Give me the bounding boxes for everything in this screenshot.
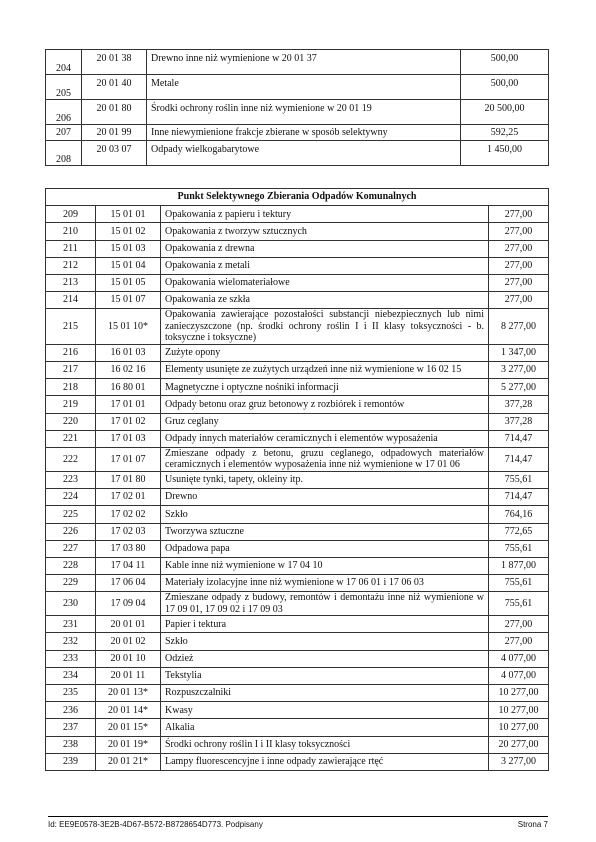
waste-description: Tworzywa sztuczne	[161, 523, 489, 540]
table-row: 20820 03 07Odpady wielkogabarytowe1 450,…	[46, 141, 549, 166]
waste-description: Opakowania z papieru i tektury	[161, 206, 489, 223]
row-number: 228	[46, 557, 96, 574]
table-row: 23920 01 21*Lampy fluorescencyjne i inne…	[46, 753, 549, 770]
waste-description: Zmieszane odpady z budowy, remontów i de…	[161, 592, 489, 616]
waste-description: Odpady innych materiałów ceramicznych i …	[161, 430, 489, 447]
row-number: 209	[46, 206, 96, 223]
pszok-table: Punkt Selektywnego Zbierania Odpadów Kom…	[45, 188, 549, 771]
row-number: 227	[46, 540, 96, 557]
price-value: 8 277,00	[489, 309, 549, 345]
price-value: 10 277,00	[489, 685, 549, 702]
row-number: 204	[46, 50, 82, 75]
waste-description: Środki ochrony roślin inne niż wymienion…	[147, 100, 461, 125]
price-value: 1 450,00	[461, 141, 549, 166]
table-row: 22317 01 80Usunięte tynki, tapety, oklei…	[46, 471, 549, 488]
price-value: 3 277,00	[489, 362, 549, 379]
table-row: 23220 01 02Szkło277,00	[46, 633, 549, 650]
waste-description: Odpadowa papa	[161, 540, 489, 557]
waste-description: Rozpuszczalniki	[161, 685, 489, 702]
footer-document-id: Id: EE9E0578-3E2B-4D67-B572-B8728654D773…	[48, 820, 263, 829]
waste-code: 15 01 10*	[96, 309, 161, 345]
waste-code: 20 01 99	[82, 125, 147, 141]
table-row: 22717 03 80Odpadowa papa755,61	[46, 540, 549, 557]
waste-code: 20 03 07	[82, 141, 147, 166]
waste-description: Zużyte opony	[161, 344, 489, 361]
price-value: 4 077,00	[489, 667, 549, 684]
row-number: 206	[46, 100, 82, 125]
waste-description: Szkło	[161, 506, 489, 523]
row-number: 234	[46, 667, 96, 684]
table-row: 21415 01 07Opakowania ze szkła277,00	[46, 292, 549, 309]
table-row: 22017 01 02Gruz ceglany377,28	[46, 413, 549, 430]
price-value: 755,61	[489, 540, 549, 557]
row-number: 215	[46, 309, 96, 345]
section-title: Punkt Selektywnego Zbierania Odpadów Kom…	[46, 189, 549, 206]
waste-code: 16 01 03	[96, 344, 161, 361]
price-value: 20 277,00	[489, 736, 549, 753]
waste-code: 17 01 03	[96, 430, 161, 447]
waste-description: Metale	[147, 75, 461, 100]
table-row: 21315 01 05Opakowania wielomateriałowe27…	[46, 274, 549, 291]
price-value: 277,00	[489, 274, 549, 291]
table-row: 20915 01 01Opakowania z papieru i tektur…	[46, 206, 549, 223]
price-value: 4 077,00	[489, 650, 549, 667]
price-value: 714,47	[489, 447, 549, 471]
price-value: 714,47	[489, 489, 549, 506]
waste-code: 17 04 11	[96, 557, 161, 574]
table-row: 21716 02 16Elementy usunięte ze zużytych…	[46, 362, 549, 379]
waste-code: 17 02 03	[96, 523, 161, 540]
price-value: 10 277,00	[489, 702, 549, 719]
waste-description: Szkło	[161, 633, 489, 650]
row-number: 231	[46, 616, 96, 633]
waste-code: 16 80 01	[96, 379, 161, 396]
waste-code: 15 01 03	[96, 240, 161, 257]
waste-code: 20 01 10	[96, 650, 161, 667]
waste-description: Odpady wielkogabarytowe	[147, 141, 461, 166]
waste-code: 15 01 07	[96, 292, 161, 309]
waste-code: 20 01 02	[96, 633, 161, 650]
waste-description: Odpady betonu oraz gruz betonowy z rozbi…	[161, 396, 489, 413]
price-value: 377,28	[489, 396, 549, 413]
row-number: 224	[46, 489, 96, 506]
waste-description: Usunięte tynki, tapety, okleiny itp.	[161, 471, 489, 488]
price-value: 500,00	[461, 75, 549, 100]
row-number: 214	[46, 292, 96, 309]
price-value: 764,16	[489, 506, 549, 523]
table-row: 23120 01 01Papier i tektura277,00	[46, 616, 549, 633]
row-number: 211	[46, 240, 96, 257]
waste-description: Opakowania z metali	[161, 257, 489, 274]
waste-code: 20 01 15*	[96, 719, 161, 736]
price-value: 1 347,00	[489, 344, 549, 361]
row-number: 233	[46, 650, 96, 667]
price-value: 277,00	[489, 223, 549, 240]
row-number: 229	[46, 575, 96, 592]
price-value: 755,61	[489, 592, 549, 616]
waste-code: 15 01 04	[96, 257, 161, 274]
table-row: 20720 01 99Inne niewymienione frakcje zb…	[46, 125, 549, 141]
price-value: 277,00	[489, 257, 549, 274]
price-value: 5 277,00	[489, 379, 549, 396]
row-number: 218	[46, 379, 96, 396]
table-row: 21515 01 10*Opakowania zawierające pozos…	[46, 309, 549, 345]
table-row: 20620 01 80Środki ochrony roślin inne ni…	[46, 100, 549, 125]
row-number: 236	[46, 702, 96, 719]
table-row: 22617 02 03Tworzywa sztuczne772,65	[46, 523, 549, 540]
table-row: 23520 01 13*Rozpuszczalniki10 277,00	[46, 685, 549, 702]
price-value: 714,47	[489, 430, 549, 447]
row-number: 208	[46, 141, 82, 166]
price-value: 592,25	[461, 125, 549, 141]
waste-description: Opakowania wielomateriałowe	[161, 274, 489, 291]
waste-code: 20 01 19*	[96, 736, 161, 753]
waste-table-continued: 20420 01 38Drewno inne niż wymienione w …	[45, 49, 549, 166]
row-number: 230	[46, 592, 96, 616]
row-number: 207	[46, 125, 82, 141]
waste-code: 17 09 04	[96, 592, 161, 616]
waste-description: Drewno	[161, 489, 489, 506]
row-number: 222	[46, 447, 96, 471]
waste-code: 20 01 11	[96, 667, 161, 684]
row-number: 225	[46, 506, 96, 523]
table-row: 21015 01 02Opakowania z tworzyw sztuczny…	[46, 223, 549, 240]
waste-code: 17 01 07	[96, 447, 161, 471]
table-row: 22917 06 04Materiały izolacyjne inne niż…	[46, 575, 549, 592]
table-row: 23420 01 11Tekstylia4 077,00	[46, 667, 549, 684]
price-value: 1 877,00	[489, 557, 549, 574]
row-number: 217	[46, 362, 96, 379]
row-number: 221	[46, 430, 96, 447]
waste-description: Tekstylia	[161, 667, 489, 684]
row-number: 232	[46, 633, 96, 650]
price-value: 277,00	[489, 206, 549, 223]
waste-description: Zmieszane odpady z betonu, gruzu ceglane…	[161, 447, 489, 471]
waste-description: Odzież	[161, 650, 489, 667]
row-number: 216	[46, 344, 96, 361]
waste-description: Lampy fluorescencyjne i inne odpady zawi…	[161, 753, 489, 770]
waste-description: Opakowania ze szkła	[161, 292, 489, 309]
table-row: 23320 01 10Odzież4 077,00	[46, 650, 549, 667]
waste-code: 15 01 01	[96, 206, 161, 223]
waste-description: Kwasy	[161, 702, 489, 719]
price-value: 772,65	[489, 523, 549, 540]
table-row: 23720 01 15*Alkalia10 277,00	[46, 719, 549, 736]
row-number: 238	[46, 736, 96, 753]
waste-description: Alkalia	[161, 719, 489, 736]
waste-code: 20 01 14*	[96, 702, 161, 719]
price-value: 377,28	[489, 413, 549, 430]
table-row: 22117 01 03Odpady innych materiałów cera…	[46, 430, 549, 447]
price-value: 277,00	[489, 633, 549, 650]
table-row: 21616 01 03Zużyte opony1 347,00	[46, 344, 549, 361]
row-number: 213	[46, 274, 96, 291]
waste-code: 20 01 13*	[96, 685, 161, 702]
table-row: 20520 01 40Metale500,00	[46, 75, 549, 100]
price-value: 500,00	[461, 50, 549, 75]
waste-description: Gruz ceglany	[161, 413, 489, 430]
row-number: 239	[46, 753, 96, 770]
waste-description: Opakowania z drewna	[161, 240, 489, 257]
waste-code: 20 01 80	[82, 100, 147, 125]
waste-description: Drewno inne niż wymienione w 20 01 37	[147, 50, 461, 75]
row-number: 226	[46, 523, 96, 540]
table-row: 21215 01 04Opakowania z metali277,00	[46, 257, 549, 274]
table-row: 22217 01 07Zmieszane odpady z betonu, gr…	[46, 447, 549, 471]
waste-description: Opakowania zawierające pozostałości subs…	[161, 309, 489, 345]
row-number: 235	[46, 685, 96, 702]
row-number: 220	[46, 413, 96, 430]
table-row: 22817 04 11Kable inne niż wymienione w 1…	[46, 557, 549, 574]
price-value: 277,00	[489, 240, 549, 257]
waste-code: 20 01 01	[96, 616, 161, 633]
waste-code: 16 02 16	[96, 362, 161, 379]
table-row: 22517 02 02Szkło764,16	[46, 506, 549, 523]
waste-code: 15 01 02	[96, 223, 161, 240]
row-number: 219	[46, 396, 96, 413]
footer-page-number: Strona 7	[518, 820, 548, 829]
table-row: 23620 01 14*Kwasy10 277,00	[46, 702, 549, 719]
section-header-row: Punkt Selektywnego Zbierania Odpadów Kom…	[46, 189, 549, 206]
waste-code: 20 01 40	[82, 75, 147, 100]
table-row: 20420 01 38Drewno inne niż wymienione w …	[46, 50, 549, 75]
waste-code: 15 01 05	[96, 274, 161, 291]
waste-description: Kable inne niż wymienione w 17 04 10	[161, 557, 489, 574]
waste-code: 17 01 80	[96, 471, 161, 488]
price-value: 20 500,00	[461, 100, 549, 125]
row-number: 205	[46, 75, 82, 100]
document-page: 20420 01 38Drewno inne niż wymienione w …	[0, 0, 596, 842]
waste-code: 17 03 80	[96, 540, 161, 557]
footer-divider	[48, 816, 548, 817]
table-row: 23017 09 04Zmieszane odpady z budowy, re…	[46, 592, 549, 616]
waste-code: 17 02 01	[96, 489, 161, 506]
table-row: 23820 01 19*Środki ochrony roślin I i II…	[46, 736, 549, 753]
waste-code: 17 01 01	[96, 396, 161, 413]
table-row: 21917 01 01Odpady betonu oraz gruz beton…	[46, 396, 549, 413]
waste-description: Magnetyczne i optyczne nośniki informacj…	[161, 379, 489, 396]
waste-description: Inne niewymienione frakcje zbierane w sp…	[147, 125, 461, 141]
waste-description: Opakowania z tworzyw sztucznych	[161, 223, 489, 240]
waste-code: 20 01 21*	[96, 753, 161, 770]
row-number: 237	[46, 719, 96, 736]
price-value: 3 277,00	[489, 753, 549, 770]
table-row: 22417 02 01Drewno714,47	[46, 489, 549, 506]
waste-description: Materiały izolacyjne inne niż wymienione…	[161, 575, 489, 592]
price-value: 755,61	[489, 471, 549, 488]
price-value: 277,00	[489, 616, 549, 633]
waste-code: 17 01 02	[96, 413, 161, 430]
price-value: 755,61	[489, 575, 549, 592]
waste-code: 17 02 02	[96, 506, 161, 523]
waste-description: Elementy usunięte ze zużytych urządzeń i…	[161, 362, 489, 379]
waste-description: Środki ochrony roślin I i II klasy toksy…	[161, 736, 489, 753]
row-number: 212	[46, 257, 96, 274]
waste-code: 20 01 38	[82, 50, 147, 75]
row-number: 223	[46, 471, 96, 488]
table-row: 21816 80 01Magnetyczne i optyczne nośnik…	[46, 379, 549, 396]
price-value: 277,00	[489, 292, 549, 309]
table-row: 21115 01 03Opakowania z drewna277,00	[46, 240, 549, 257]
waste-description: Papier i tektura	[161, 616, 489, 633]
waste-code: 17 06 04	[96, 575, 161, 592]
price-value: 10 277,00	[489, 719, 549, 736]
row-number: 210	[46, 223, 96, 240]
